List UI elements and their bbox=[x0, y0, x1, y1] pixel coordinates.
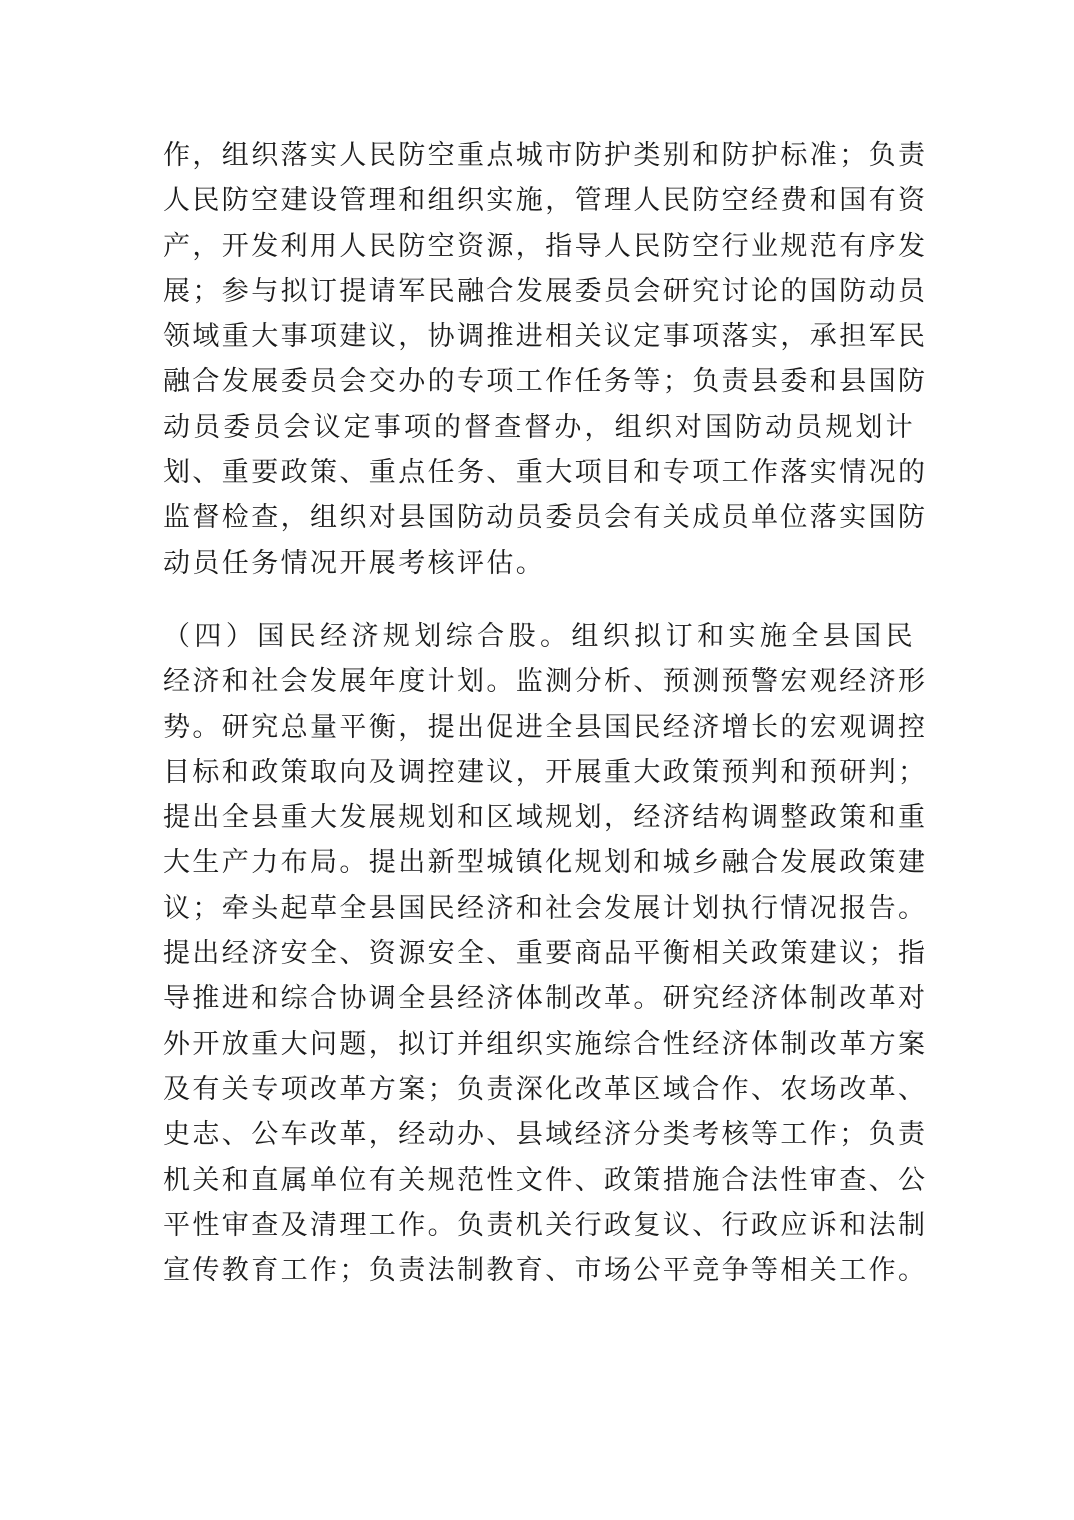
section-heading-line: （四）国民经济规划综合股。组织拟订和实施全县国民 bbox=[163, 614, 915, 659]
text-line: 人民防空建设管理和组织实施，管理人民防空经费和国有资 bbox=[163, 178, 915, 223]
text-line: 势。研究总量平衡，提出促进全县国民经济增长的宏观调控 bbox=[163, 705, 915, 750]
text-line: 融合发展委员会交办的专项工作任务等；负责县委和县国防 bbox=[163, 359, 915, 404]
text-line: 监督检查，组织对县国防动员委员会有关成员单位落实国防 bbox=[163, 495, 915, 540]
text-line: 领域重大事项建议，协调推进相关议定事项落实，承担军民 bbox=[163, 314, 915, 359]
text-line: 导推进和综合协调全县经济体制改革。研究经济体制改革对 bbox=[163, 976, 915, 1021]
text-line: 史志、公车改革，经动办、县域经济分类考核等工作；负责 bbox=[163, 1112, 915, 1157]
text-line: 平性审查及清理工作。负责机关行政复议、行政应诉和法制 bbox=[163, 1203, 915, 1248]
text-line: 提出全县重大发展规划和区域规划，经济结构调整政策和重 bbox=[163, 795, 915, 840]
text-line: 动员任务情况开展考核评估。 bbox=[163, 541, 915, 586]
text-line: 展；参与拟订提请军民融合发展委员会研究讨论的国防动员 bbox=[163, 269, 915, 314]
text-line: 动员委员会议定事项的督查督办，组织对国防动员规划计 bbox=[163, 405, 915, 450]
text-line: 产，开发利用人民防空资源，指导人民防空行业规范有序发 bbox=[163, 224, 915, 269]
text-line: 机关和直属单位有关规范性文件、政策措施合法性审查、公 bbox=[163, 1158, 915, 1203]
document-page: 作，组织落实人民防空重点城市防护类别和防护标准；负责 人民防空建设管理和组织实施… bbox=[0, 0, 1074, 1520]
text-line: 目标和政策取向及调控建议，开展重大政策预判和预研判； bbox=[163, 750, 915, 795]
text-line: 经济和社会发展年度计划。监测分析、预测预警宏观经济形 bbox=[163, 659, 915, 704]
paragraph-civil-air-defense: 作，组织落实人民防空重点城市防护类别和防护标准；负责 人民防空建设管理和组织实施… bbox=[163, 133, 915, 586]
text-line: 作，组织落实人民防空重点城市防护类别和防护标准；负责 bbox=[163, 133, 915, 178]
text-line: 外开放重大问题，拟订并组织实施综合性经济体制改革方案 bbox=[163, 1022, 915, 1067]
text-line: 大生产力布局。提出新型城镇化规划和城乡融合发展政策建 bbox=[163, 840, 915, 885]
text-line: 划、重要政策、重点任务、重大项目和专项工作落实情况的 bbox=[163, 450, 915, 495]
text-line: 及有关专项改革方案；负责深化改革区域合作、农场改革、 bbox=[163, 1067, 915, 1112]
text-line: 宣传教育工作；负责法制教育、市场公平竞争等相关工作。 bbox=[163, 1248, 915, 1293]
paragraph-economic-planning-section: （四）国民经济规划综合股。组织拟订和实施全县国民 经济和社会发展年度计划。监测分… bbox=[163, 614, 915, 1293]
text-line: 议；牵头起草全县国民经济和社会发展计划执行情况报告。 bbox=[163, 886, 915, 931]
text-line: 提出经济安全、资源安全、重要商品平衡相关政策建议；指 bbox=[163, 931, 915, 976]
